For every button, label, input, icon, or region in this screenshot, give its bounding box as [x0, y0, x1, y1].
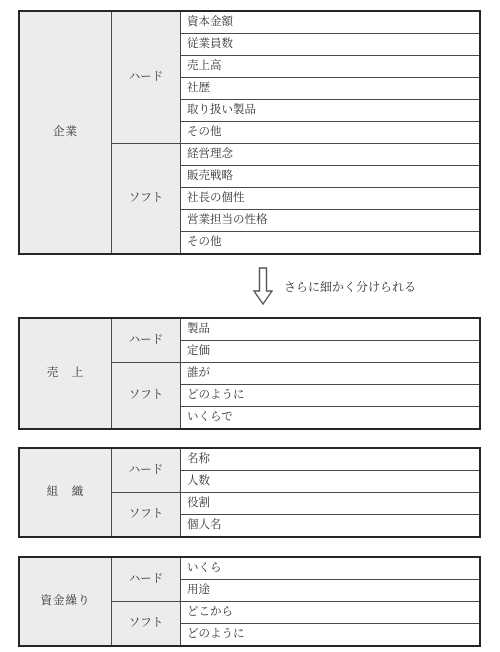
item-cell: 社歴: [181, 78, 481, 100]
group-cell-soft: ソフト: [112, 144, 181, 255]
item-cell: どのように: [181, 624, 481, 647]
item-cell: 用途: [181, 580, 481, 602]
item-cell: どこから: [181, 602, 481, 624]
item-cell: 販売戦略: [181, 166, 481, 188]
item-cell: 営業担当の性格: [181, 210, 481, 232]
table-row: 組 織 ハード 名称: [19, 448, 480, 471]
group-cell-hard: ハード: [112, 448, 181, 493]
category-cell: 組 織: [19, 448, 112, 537]
cashflow-table: 資金繰り ハード いくら 用途 ソフト どこから どのように: [18, 556, 481, 647]
item-cell: 社長の個性: [181, 188, 481, 210]
item-cell: 人数: [181, 471, 481, 493]
category-cell: 企業: [19, 11, 112, 254]
group-cell-soft: ソフト: [112, 493, 181, 538]
item-cell: 定価: [181, 341, 481, 363]
item-cell: いくらで: [181, 407, 481, 430]
group-cell-hard: ハード: [112, 557, 181, 602]
item-cell: 経営理念: [181, 144, 481, 166]
arrow-annotation: さらに細かく分けられる: [253, 267, 500, 305]
group-cell-hard: ハード: [112, 318, 181, 363]
arrow-caption: さらに細かく分けられる: [284, 278, 416, 295]
group-cell-soft: ソフト: [112, 363, 181, 430]
sales-table: 売 上 ハード 製品 定価 ソフト 誰が どのように いくらで: [18, 317, 481, 430]
item-cell: 誰が: [181, 363, 481, 385]
item-cell: 取り扱い製品: [181, 100, 481, 122]
item-cell: いくら: [181, 557, 481, 580]
group-cell-hard: ハード: [112, 11, 181, 144]
down-block-arrow-icon: [253, 267, 273, 305]
category-cell: 資金繰り: [19, 557, 112, 646]
item-cell: どのように: [181, 385, 481, 407]
category-cell: 売 上: [19, 318, 112, 429]
item-cell: その他: [181, 232, 481, 255]
item-cell: 名称: [181, 448, 481, 471]
item-cell: 製品: [181, 318, 481, 341]
item-cell: 資本金額: [181, 11, 481, 34]
document-page: 企業 ハード 資本金額 従業員数 売上高 社歴 取り扱い製品 その他 ソフト 経…: [0, 0, 500, 652]
item-cell: その他: [181, 122, 481, 144]
item-cell: 役割: [181, 493, 481, 515]
table-row: 売 上 ハード 製品: [19, 318, 480, 341]
organization-table: 組 織 ハード 名称 人数 ソフト 役割 個人名: [18, 447, 481, 538]
table-row: 企業 ハード 資本金額: [19, 11, 480, 34]
item-cell: 従業員数: [181, 34, 481, 56]
company-table: 企業 ハード 資本金額 従業員数 売上高 社歴 取り扱い製品 その他 ソフト 経…: [18, 10, 481, 255]
table-row: 資金繰り ハード いくら: [19, 557, 480, 580]
group-cell-soft: ソフト: [112, 602, 181, 647]
item-cell: 売上高: [181, 56, 481, 78]
item-cell: 個人名: [181, 515, 481, 538]
